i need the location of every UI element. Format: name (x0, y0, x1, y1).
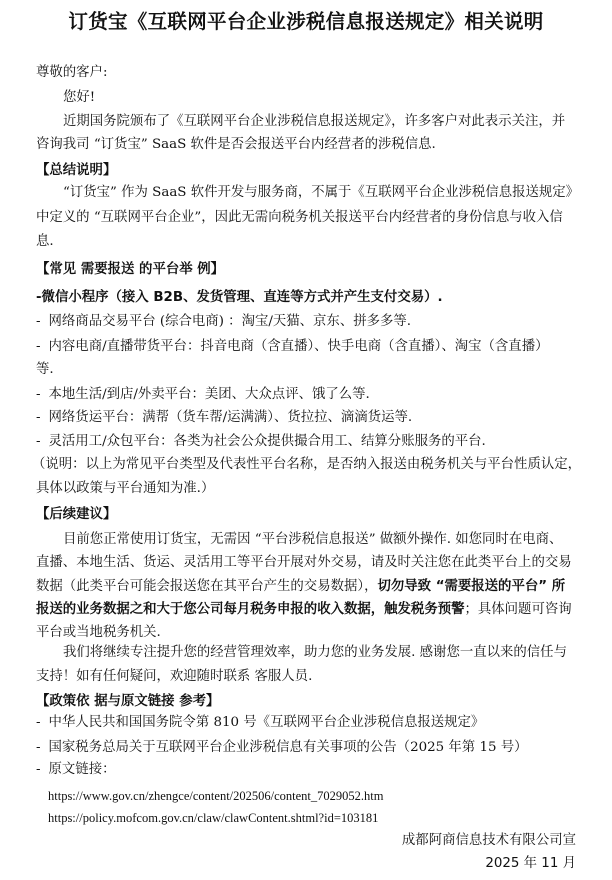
policy-item: -中华人民共和国国务院令第 810 号《互联网平台企业涉税信息报送规定》 (36, 713, 484, 733)
summary-line-2: 中定义的 “互联网平台企业”，因此无需向税务机关报送平台内经营者的身份信息与收入… (36, 208, 563, 228)
examples-note-line-2: 具体以政策与平台通知为准.） (36, 479, 214, 499)
bullet-dash: - (36, 740, 41, 755)
advice-text: ；具体问题可咨询 (465, 602, 572, 617)
document-title: 订货宝《互联网平台企业涉税信息报送规定》相关说明 (0, 8, 612, 36)
bullet-dash: - (36, 387, 41, 402)
example-item: -网络货运平台：满帮（货车帮/运满满）、货拉拉、滴滴货运等. (36, 408, 412, 428)
example-item: -内容电商/直播带货平台：抖音电商（含直播）、快手电商（含直播）、淘宝（含直播） (36, 337, 548, 357)
examples-note-line-1: （说明：以上为常见平台类型及代表性平台名称，是否纳入报送由税务机关与平台性质认定… (32, 455, 581, 475)
policy-item: -国家税务总局关于互联网平台企业涉税信息有关事项的公告（2025 年第 15 号… (36, 738, 528, 758)
intro-line-1: 近期国务院颁布了《互联网平台企业涉税信息报送规定》，许多客户对此表示关注，并 (63, 112, 565, 132)
example-item: -灵活用工/众包平台：各类为社会公众提供撮合用工、结算分账服务的平台. (36, 432, 486, 452)
advice-warning-bold: 切勿导致 “需要报送的平台” 所 (377, 579, 565, 594)
examples-highlight: -微信小程序（接入 B2B、发货管理、直连等方式并产生支付交易）. (36, 288, 443, 308)
policy-item-text: 原文链接： (49, 762, 116, 777)
advice-heading: 【后续建议】 (36, 505, 116, 525)
advice-p1-line-5: 平台或当地税务机关. (36, 623, 161, 643)
examples-heading: 【常见 需要报送 的平台举 例】 (36, 260, 224, 280)
advice-p1-line-2: 直播、本地生活、货运、灵活用工等平台开展对外交易，请及时关注您在此类平台上的交易 (36, 553, 572, 573)
example-item-continuation: 等. (36, 360, 54, 380)
bullet-dash: - (36, 314, 41, 329)
policy-item-text: 国家税务总局关于互联网平台企业涉税信息有关事项的公告（2025 年第 15 号） (49, 740, 528, 755)
example-item-text: 本地生活/到店/外卖平台：美团、大众点评、饿了么等. (49, 387, 370, 402)
advice-p1-line-1: 目前您正常使用订货宝，无需因 “平台涉税信息报送” 做额外操作. 如您同时在电商… (63, 530, 562, 550)
summary-heading: 【总结说明】 (36, 161, 116, 181)
bullet-dash: - (36, 715, 41, 730)
bullet-dash: - (36, 434, 41, 449)
advice-p2-line-2: 支持！如有任何疑问，欢迎随时联系 客服人员. (36, 667, 312, 687)
advice-p1-line-3: 数据（此类平台可能会报送您在其平台产生的交易数据），切勿导致 “需要报送的平台”… (36, 577, 565, 597)
bullet-dash: - (36, 762, 41, 777)
policy-heading: 【政策依 据与原文链接 参考】 (36, 692, 219, 712)
link-mofcom[interactable]: https://policy.mofcom.gov.cn/claw/clawCo… (48, 808, 378, 828)
example-item-text: 内容电商/直播带货平台：抖音电商（含直播）、快手电商（含直播）、淘宝（含直播） (49, 339, 549, 354)
example-item: -网络商品交易平台 (综合电商) ：淘宝/天猫、京东、拼多多等. (36, 312, 411, 332)
link-gov-cn[interactable]: https://www.gov.cn/zhengce/content/20250… (48, 786, 383, 806)
bullet-dash: - (36, 339, 41, 354)
policy-item: -原文链接： (36, 760, 115, 780)
signature-date: 2025 年 11 月 (485, 854, 576, 874)
example-item-text: 网络商品交易平台 (综合电商) ：淘宝/天猫、京东、拼多多等. (49, 314, 412, 329)
example-item: -本地生活/到店/外卖平台：美团、大众点评、饿了么等. (36, 385, 370, 405)
intro-line-2: 咨询我司 “订货宝” SaaS 软件是否会报送平台内经营者的涉税信息. (36, 135, 436, 155)
signature-company: 成都阿商信息技术有限公司宣 (402, 831, 576, 851)
example-item-text: 灵活用工/众包平台：各类为社会公众提供撮合用工、结算分账服务的平台. (49, 434, 486, 449)
advice-text: 数据（此类平台可能会报送您在其平台产生的交易数据）， (36, 579, 377, 594)
advice-warning-bold: 报送的业务数据之和大于您公司每月税务申报的收入数据，触发税务预警 (36, 602, 465, 617)
example-item-text: 网络货运平台：满帮（货车帮/运满满）、货拉拉、滴滴货运等. (49, 410, 413, 425)
greeting: 尊敬的客户: (36, 63, 107, 83)
advice-p1-line-4: 报送的业务数据之和大于您公司每月税务申报的收入数据，触发税务预警；具体问题可咨询 (36, 600, 572, 620)
hello: 您好! (63, 88, 95, 108)
policy-item-text: 中华人民共和国国务院令第 810 号《互联网平台企业涉税信息报送规定》 (49, 715, 485, 730)
summary-line-1: “订货宝” 作为 SaaS 软件开发与服务商，不属于《互联网平台企业涉税信息报送… (63, 183, 579, 203)
summary-line-3: 息. (36, 232, 54, 252)
bullet-dash: - (36, 410, 41, 425)
advice-p2-line-1: 我们将继续专注提升您的经营管理效率，助力您的业务发展. 感谢您一直以来的信任与 (63, 643, 567, 663)
